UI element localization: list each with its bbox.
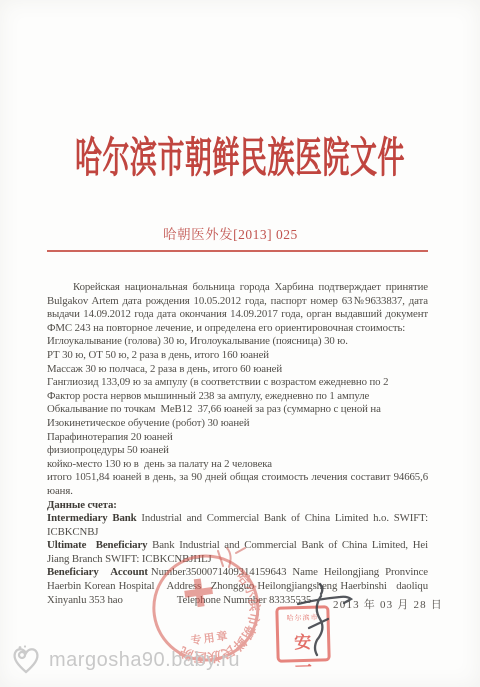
document-line: Обкалывание по точкам МеВ12 37,66 юаней … [47, 403, 428, 417]
intermediary-bank-line: Intermediary Bank Industrial and Commerc… [47, 512, 428, 526]
document-line: юаня. [47, 485, 428, 499]
handwritten-signature [290, 578, 362, 662]
red-handwriting-mark [213, 543, 253, 575]
document-line: Иглоукалывание (голова) 30 ю, Иголоукалы… [47, 335, 428, 349]
document-number: 哈朝医外发[2013] 025 [0, 223, 461, 243]
page-title: 哈尔滨市朝鲜民族医院文件 [75, 124, 405, 184]
document-line: Ганглиозид 133,09 ю за ампулу (в соответ… [47, 376, 428, 390]
document-line: выдачи 14.09.2012 года дата окончания 14… [47, 308, 428, 322]
document-line: Массаж 30 ю полчаса, 2 раза в день, итог… [47, 363, 428, 377]
street-address: Xinyanlu 353 hao [47, 594, 123, 606]
ultimate-beneficiary-label: Ultimate Beneficiary [47, 539, 147, 551]
intermediary-bank-label: Intermediary Bank [47, 512, 137, 524]
beneficiary-account-label: Beneficiary Account [47, 566, 148, 578]
swift-code-line: ICBKCNBJ [47, 526, 428, 540]
heart-baby-logo-icon [10, 644, 42, 676]
red-divider-rule [47, 250, 428, 252]
document-line: койко-место 130 ю в день за палату на 2 … [47, 458, 428, 472]
watermark-url-text: margosha90.baby.ru [49, 649, 240, 672]
intermediary-bank-value: Industrial and Commercial Bank of China … [141, 512, 428, 524]
document-line: Изокинетическое обучение (робот) 30 юане… [47, 417, 428, 431]
document-line: ФМС 243 на повторное лечение, и определе… [47, 322, 428, 336]
document-line: Bulgakov Artem дата рождения 10.05.2012 … [47, 295, 428, 309]
scanned-document-page: 哈尔滨市朝鲜民族医院文件 哈朝医外发[2013] 025 Корейская н… [0, 0, 480, 687]
document-line: Корейская национальная больница города Х… [47, 281, 428, 295]
document-line: Фактор роста нервов мышинный 238 за ампу… [47, 390, 428, 404]
document-line: итого 1051,84 юаней в день, за 90 дней о… [47, 471, 428, 485]
site-watermark: margosha90.baby.ru [10, 644, 240, 676]
red-cross-icon [183, 577, 215, 609]
document-line: РТ 30 ю, ОТ 50 ю, 2 раза в день, итого 1… [47, 349, 428, 363]
document-header: 哈尔滨市朝鲜民族医院文件 [0, 124, 480, 163]
document-line: Парафинотерапия 20 юаней [47, 431, 428, 445]
account-details-heading: Данные счета: [47, 499, 428, 513]
document-line: физиопроцедуры 50 юаней [47, 444, 428, 458]
